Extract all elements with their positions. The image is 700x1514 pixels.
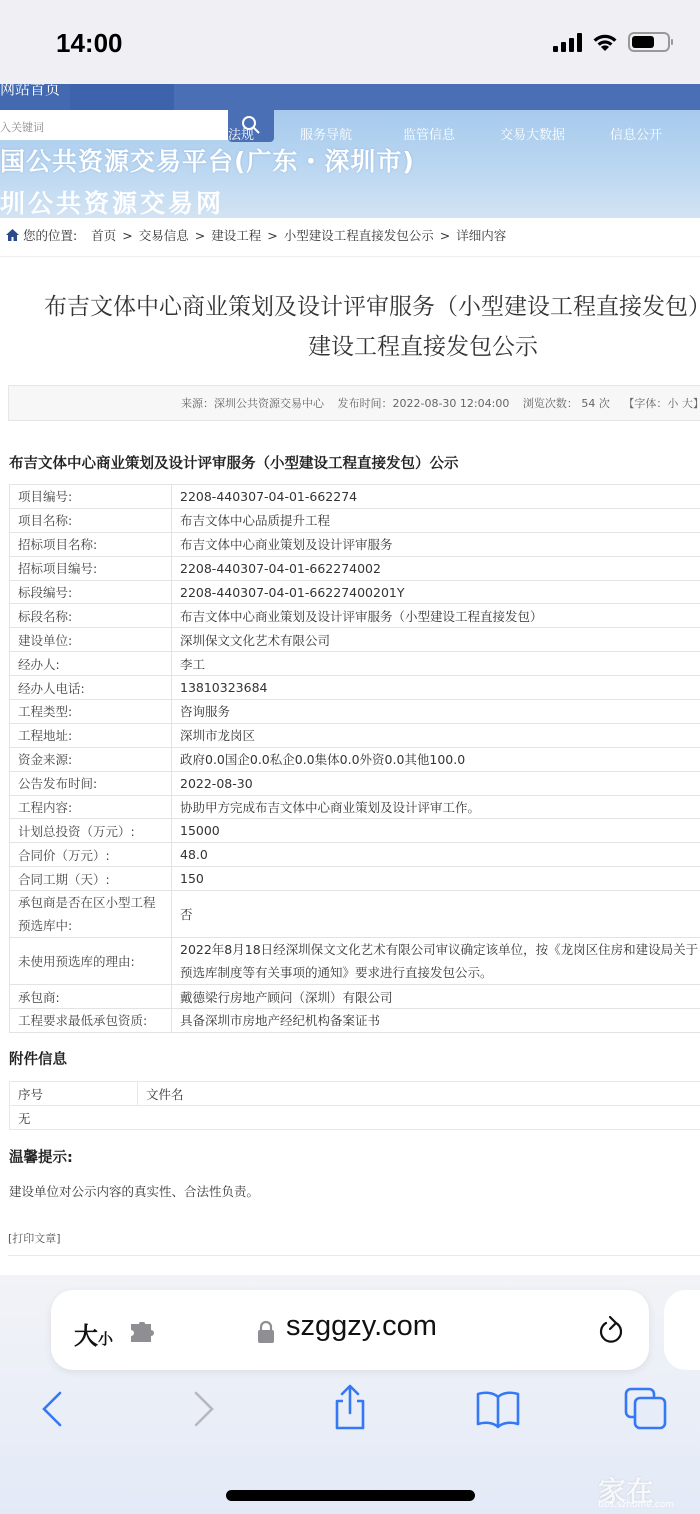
row-label: 工程要求最低承包资质: <box>10 1009 172 1033</box>
table-row: 合同工期（天）:150 <box>10 867 700 891</box>
row-value: 15000 <box>172 819 700 843</box>
back-icon[interactable] <box>40 1389 64 1429</box>
home-indicator <box>226 1490 475 1501</box>
row-label: 标段名称: <box>10 604 172 628</box>
breadcrumb: 您的位置: 首页 >交易信息 >建设工程 >小型建设工程直接发包公示 >详细内容 <box>6 226 506 244</box>
share-icon[interactable] <box>330 1383 370 1431</box>
row-value: 否 <box>172 891 700 938</box>
row-value: 2208-440307-04-01-66227400201Y <box>172 580 700 604</box>
table-row: 承包商是否在区小型工程预选库中:否 <box>10 891 700 938</box>
row-value: 戴德梁行房地产顾问（深圳）有限公司 <box>172 985 700 1009</box>
row-value: 政府0.0国企0.0私企0.0集体0.0外资0.0其他100.0 <box>172 747 700 771</box>
wifi-icon <box>592 32 618 52</box>
attachments-table: 序号 文件名 无 <box>9 1081 700 1130</box>
page-settings-button[interactable]: 大小 <box>74 1316 113 1351</box>
col-header-filename: 文件名 <box>138 1082 700 1106</box>
watermark-url: bbs.szhome.com <box>598 1500 674 1510</box>
extension-icon[interactable] <box>129 1322 157 1344</box>
row-label: 工程内容: <box>10 795 172 819</box>
row-label: 项目名称: <box>10 508 172 532</box>
table-row: 承包商:戴德梁行房地产顾问（深圳）有限公司 <box>10 985 700 1009</box>
row-value: 具备深圳市房地产经纪机构备案证书 <box>172 1009 700 1033</box>
row-label: 合同价（万元）: <box>10 843 172 867</box>
row-value: 2022-08-30 <box>172 771 700 795</box>
tips-text: 建设单位对公示内容的真实性、合法性负责。 <box>9 1182 259 1200</box>
row-label: 项目编号: <box>10 485 172 509</box>
article-meta: 来源：深圳公共资源交易中心 发布时间：2022-08-30 12:04:00 浏… <box>8 385 700 421</box>
font-size-toggle[interactable]: 【字体：小 大】 <box>623 397 700 410</box>
row-label: 承包商: <box>10 985 172 1009</box>
breadcrumb-detail: 详细内容 <box>456 226 506 244</box>
row-label: 公告发布时间: <box>10 771 172 795</box>
row-value: 2022年8月18日经深圳保文文化艺术有限公司审议确定该单位，按《龙岗区住房和建… <box>172 938 700 985</box>
row-label: 计划总投资（万元）: <box>10 819 172 843</box>
table-row: 项目名称:布吉文体中心品质提升工程 <box>10 508 700 532</box>
breadcrumb-label: 您的位置: <box>23 226 77 244</box>
col-header-index: 序号 <box>10 1082 138 1106</box>
row-label: 未使用预选库的理由: <box>10 938 172 985</box>
nav-service-guide[interactable]: 服务导航 <box>300 124 352 143</box>
row-value: 2208-440307-04-01-662274 <box>172 485 700 509</box>
cellular-signal-icon <box>553 32 582 52</box>
safari-bottom-bar: 大小 szggzy.com <box>0 1275 700 1514</box>
row-value: 李工 <box>172 652 700 676</box>
banner-subtitle: 圳公共资源交易网 <box>0 184 224 218</box>
row-label: 工程类型: <box>10 700 172 724</box>
row-label: 合同工期（天）: <box>10 867 172 891</box>
table-row: 经办人:李工 <box>10 652 700 676</box>
table-row: 工程地址:深圳市龙岗区 <box>10 723 700 747</box>
tabs-icon[interactable] <box>624 1387 668 1431</box>
table-row: 工程类型:咨询服务 <box>10 700 700 724</box>
row-value: 布吉文体中心品质提升工程 <box>172 508 700 532</box>
table-row: 经办人电话:13810323684 <box>10 676 700 700</box>
table-row: 资金来源:政府0.0国企0.0私企0.0集体0.0外资0.0其他100.0 <box>10 747 700 771</box>
ios-status-bar: 14:00 <box>0 0 700 84</box>
row-value: 协助甲方完成布吉文体中心商业策划及设计评审工作。 <box>172 795 700 819</box>
nav-regulations[interactable]: 法规 <box>228 124 254 143</box>
meta-publish-time: 发布时间：2022-08-30 12:04:00 <box>338 397 510 410</box>
row-value: 48.0 <box>172 843 700 867</box>
meta-views: 浏览次数： 54 次 <box>523 397 610 410</box>
table-row: 招标项目编号:2208-440307-04-01-662274002 <box>10 556 700 580</box>
breadcrumb-construction[interactable]: 建设工程 <box>211 226 261 244</box>
attachments-title: 附件信息 <box>9 1048 67 1069</box>
table-row: 项目编号:2208-440307-04-01-662274 <box>10 485 700 509</box>
top-nav: 网站首页 <box>0 84 700 110</box>
forward-icon[interactable] <box>192 1389 216 1429</box>
row-value: 深圳市龙岗区 <box>172 723 700 747</box>
main-nav: 法规 服务导航 监管信息 交易大数据 信息公开 <box>0 124 700 144</box>
nav-info-public[interactable]: 信息公开 <box>610 124 662 143</box>
table-row: 标段名称:布吉文体中心商业策划及设计评审服务（小型建设工程直接发包） <box>10 604 700 628</box>
reload-icon[interactable] <box>597 1314 625 1346</box>
table-row: 计划总投资（万元）:15000 <box>10 819 700 843</box>
bookmarks-icon[interactable] <box>474 1389 522 1429</box>
address-bar[interactable]: 大小 szggzy.com <box>51 1290 649 1370</box>
breadcrumb-small-projects[interactable]: 小型建设工程直接发包公示 <box>284 226 434 244</box>
breadcrumb-trade-info[interactable]: 交易信息 <box>139 226 189 244</box>
url-host[interactable]: szggzy.com <box>286 1310 437 1343</box>
row-label: 建设单位: <box>10 628 172 652</box>
table-row: 公告发布时间:2022-08-30 <box>10 771 700 795</box>
table-row: 未使用预选库的理由:2022年8月18日经深圳保文文化艺术有限公司审议确定该单位… <box>10 938 700 985</box>
nav-home-link[interactable]: 网站首页 <box>0 84 70 110</box>
row-label: 标段编号: <box>10 580 172 604</box>
row-label: 招标项目名称: <box>10 532 172 556</box>
attachments-empty: 无 <box>10 1106 700 1130</box>
row-value: 布吉文体中心商业策划及设计评审服务（小型建设工程直接发包） <box>172 604 700 628</box>
row-label: 资金来源: <box>10 747 172 771</box>
row-label: 招标项目编号: <box>10 556 172 580</box>
tips-title: 温馨提示: <box>9 1146 73 1167</box>
battery-icon <box>628 32 670 52</box>
row-label: 经办人电话: <box>10 676 172 700</box>
nav-trade-data[interactable]: 交易大数据 <box>500 124 565 143</box>
row-value: 深圳保文文化艺术有限公司 <box>172 628 700 652</box>
breadcrumb-home[interactable]: 首页 <box>91 226 116 244</box>
site-header-banner: 网站首页 入关键词 法规 服务导航 监管信息 交易大数据 信息公开 国公共资源交… <box>0 84 700 218</box>
row-label: 工程地址: <box>10 723 172 747</box>
row-value: 2208-440307-04-01-662274002 <box>172 556 700 580</box>
row-value: 咨询服务 <box>172 700 700 724</box>
table-row: 建设单位:深圳保文文化艺术有限公司 <box>10 628 700 652</box>
nav-supervision[interactable]: 监管信息 <box>403 124 455 143</box>
meta-source: 来源：深圳公共资源交易中心 <box>181 397 324 410</box>
row-value: 150 <box>172 867 700 891</box>
print-article-link[interactable]: [打印文章] <box>8 1230 61 1246</box>
clock: 14:00 <box>56 28 123 59</box>
table-row: 合同价（万元）:48.0 <box>10 843 700 867</box>
table-row: 工程要求最低承包资质:具备深圳市房地产经纪机构备案证书 <box>10 1009 700 1033</box>
table-row: 标段编号:2208-440307-04-01-66227400201Y <box>10 580 700 604</box>
project-info-table: 项目编号:2208-440307-04-01-662274项目名称:布吉文体中心… <box>9 484 700 1033</box>
table-row: 工程内容:协助甲方完成布吉文体中心商业策划及设计评审工作。 <box>10 795 700 819</box>
table-row: 招标项目名称:布吉文体中心商业策划及设计评审服务 <box>10 532 700 556</box>
notice-subtitle: 布吉文体中心商业策划及设计评审服务（小型建设工程直接发包）公示 <box>9 452 459 473</box>
home-icon <box>6 229 19 241</box>
row-label: 承包商是否在区小型工程预选库中: <box>10 891 172 938</box>
row-value: 13810323684 <box>172 676 700 700</box>
lock-icon <box>257 1320 275 1344</box>
row-label: 经办人: <box>10 652 172 676</box>
next-tab-preview[interactable] <box>664 1290 700 1370</box>
banner-title: 国公共资源交易平台(广东・深圳市) <box>0 142 415 178</box>
row-value: 布吉文体中心商业策划及设计评审服务 <box>172 532 700 556</box>
